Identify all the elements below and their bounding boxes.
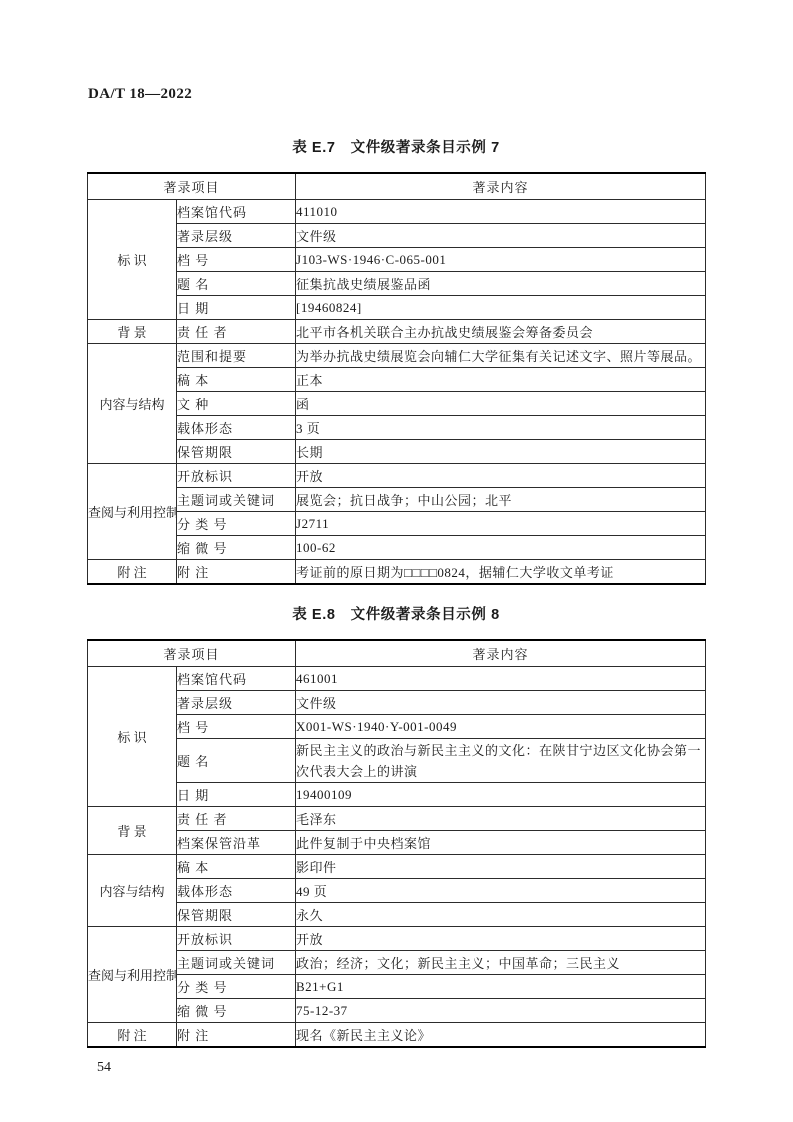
table-row: 内容与结构范围和提要为举办抗战史绩展览会向辅仁大学征集有关记述文字、照片等展品。 <box>88 344 706 368</box>
item-label-cell: 范围和提要 <box>177 344 296 368</box>
content-cell: 为举办抗战史绩展览会向辅仁大学征集有关记述文字、照片等展品。 <box>296 344 706 368</box>
item-label-cell: 附 注 <box>177 1023 296 1048</box>
group-label-cell: 查阅与利用控制 <box>88 464 177 560</box>
table-row: 缩 微 号75-12-37 <box>88 999 706 1023</box>
item-label-cell: 主题词或关键词 <box>177 951 296 975</box>
table-row: 标 识档案馆代码461001 <box>88 667 706 691</box>
content-cell: 49 页 <box>296 879 706 903</box>
table-title: 表 E.8 文件级著录条目示例 8 <box>87 603 705 624</box>
content-cell: J103-WS·1946·C-065-001 <box>296 248 706 272</box>
content-cell: 开放 <box>296 927 706 951</box>
content-cell: 北平市各机关联合主办抗战史绩展鉴会筹备委员会 <box>296 320 706 344</box>
item-label-cell: 保管期限 <box>177 440 296 464</box>
table-row: 稿 本正本 <box>88 368 706 392</box>
table-row: 著录层级文件级 <box>88 691 706 715</box>
group-label-cell: 附 注 <box>88 1023 177 1048</box>
content-cell: 长期 <box>296 440 706 464</box>
table-row: 题 名新民主主义的政治与新民主主义的文化：在陕甘宁边区文化协会第一次代表大会上的… <box>88 739 706 783</box>
content-cell: X001-WS·1940·Y-001-0049 <box>296 715 706 739</box>
content-cell: 文件级 <box>296 224 706 248</box>
content-cell: 政治；经济；文化；新民主主义；中国革命；三民主义 <box>296 951 706 975</box>
table-row: 附 注附 注考证前的原日期为□□□□0824，据辅仁大学收文单考证 <box>88 560 706 585</box>
content-cell: B21+G1 <box>296 975 706 999</box>
table-row: 标 识档案馆代码411010 <box>88 200 706 224</box>
table-row: 背 景责 任 者北平市各机关联合主办抗战史绩展鉴会筹备委员会 <box>88 320 706 344</box>
item-label-cell: 载体形态 <box>177 879 296 903</box>
group-label-cell: 背 景 <box>88 320 177 344</box>
item-label-cell: 缩 微 号 <box>177 536 296 560</box>
tables-container: 表 E.7 文件级著录条目示例 7著录项目著录内容标 识档案馆代码411010著… <box>87 136 705 1048</box>
item-label-cell: 稿 本 <box>177 855 296 879</box>
table-row: 分 类 号B21+G1 <box>88 975 706 999</box>
header-row: 著录项目著录内容 <box>88 640 706 667</box>
item-label-cell: 日 期 <box>177 783 296 807</box>
content-cell: 毛泽东 <box>296 807 706 831</box>
table-row: 保管期限长期 <box>88 440 706 464</box>
table-row: 查阅与利用控制开放标识开放 <box>88 927 706 951</box>
table-row: 缩 微 号100-62 <box>88 536 706 560</box>
item-label-cell: 题 名 <box>177 739 296 783</box>
item-label-cell: 档案馆代码 <box>177 667 296 691</box>
column-header-item: 著录项目 <box>88 640 296 667</box>
table-body: 标 识档案馆代码411010著录层级文件级档 号J103-WS·1946·C-0… <box>88 200 706 585</box>
group-label-cell: 背 景 <box>88 807 177 855</box>
content-cell: 考证前的原日期为□□□□0824，据辅仁大学收文单考证 <box>296 560 706 585</box>
table-row: 日 期19400109 <box>88 783 706 807</box>
content-cell: 现名《新民主主义论》 <box>296 1023 706 1048</box>
content-cell: 永久 <box>296 903 706 927</box>
content-cell: 文件级 <box>296 691 706 715</box>
table-title: 表 E.7 文件级著录条目示例 7 <box>87 136 705 157</box>
group-label-cell: 标 识 <box>88 667 177 807</box>
table-row: 分 类 号J2711 <box>88 512 706 536</box>
content-cell: 正本 <box>296 368 706 392</box>
table-row: 背 景责 任 者毛泽东 <box>88 807 706 831</box>
table-row: 著录层级文件级 <box>88 224 706 248</box>
table-row: 载体形态3 页 <box>88 416 706 440</box>
table-row: 内容与结构稿 本影印件 <box>88 855 706 879</box>
table-head: 著录项目著录内容 <box>88 173 706 200</box>
item-label-cell: 档案保管沿革 <box>177 831 296 855</box>
table-row: 附 注附 注现名《新民主主义论》 <box>88 1023 706 1048</box>
header-row: 著录项目著录内容 <box>88 173 706 200</box>
content-cell: 19400109 <box>296 783 706 807</box>
table-row: 文 种函 <box>88 392 706 416</box>
item-label-cell: 题 名 <box>177 272 296 296</box>
item-label-cell: 档案馆代码 <box>177 200 296 224</box>
record-table: 著录项目著录内容标 识档案馆代码411010著录层级文件级档 号J103-WS·… <box>87 172 706 585</box>
item-label-cell: 责 任 者 <box>177 320 296 344</box>
group-label-cell: 标 识 <box>88 200 177 320</box>
content-cell: 100-62 <box>296 536 706 560</box>
item-label-cell: 稿 本 <box>177 368 296 392</box>
item-label-cell: 分 类 号 <box>177 975 296 999</box>
group-label-cell: 内容与结构 <box>88 855 177 927</box>
item-label-cell: 日 期 <box>177 296 296 320</box>
content-cell: J2711 <box>296 512 706 536</box>
column-header-content: 著录内容 <box>296 640 706 667</box>
page-number: 54 <box>97 1060 705 1076</box>
group-label-cell: 内容与结构 <box>88 344 177 464</box>
item-label-cell: 档 号 <box>177 248 296 272</box>
item-label-cell: 文 种 <box>177 392 296 416</box>
group-label-cell: 查阅与利用控制 <box>88 927 177 1023</box>
table-head: 著录项目著录内容 <box>88 640 706 667</box>
item-label-cell: 主题词或关键词 <box>177 488 296 512</box>
item-label-cell: 缩 微 号 <box>177 999 296 1023</box>
item-label-cell: 著录层级 <box>177 224 296 248</box>
table-row: 档 号X001-WS·1940·Y-001-0049 <box>88 715 706 739</box>
item-label-cell: 分 类 号 <box>177 512 296 536</box>
item-label-cell: 载体形态 <box>177 416 296 440</box>
table-row: 保管期限永久 <box>88 903 706 927</box>
content-cell: 75-12-37 <box>296 999 706 1023</box>
item-label-cell: 责 任 者 <box>177 807 296 831</box>
standard-code: DA/T 18—2022 <box>88 86 192 103</box>
table-row: 载体形态49 页 <box>88 879 706 903</box>
group-label-cell: 附 注 <box>88 560 177 585</box>
content-cell: 函 <box>296 392 706 416</box>
table-row: 题 名征集抗战史绩展鉴品函 <box>88 272 706 296</box>
content-cell: 征集抗战史绩展鉴品函 <box>296 272 706 296</box>
item-label-cell: 附 注 <box>177 560 296 585</box>
table-row: 主题词或关键词展览会；抗日战争；中山公园；北平 <box>88 488 706 512</box>
item-label-cell: 档 号 <box>177 715 296 739</box>
page-content: 表 E.7 文件级著录条目示例 7著录项目著录内容标 识档案馆代码411010著… <box>87 136 705 1076</box>
content-cell: 新民主主义的政治与新民主主义的文化：在陕甘宁边区文化协会第一次代表大会上的讲演 <box>296 739 706 783</box>
content-cell: 3 页 <box>296 416 706 440</box>
column-header-item: 著录项目 <box>88 173 296 200</box>
content-cell: [19460824] <box>296 296 706 320</box>
table-row: 档案保管沿革此件复制于中央档案馆 <box>88 831 706 855</box>
table-row: 主题词或关键词政治；经济；文化；新民主主义；中国革命；三民主义 <box>88 951 706 975</box>
table-body: 标 识档案馆代码461001著录层级文件级档 号X001-WS·1940·Y-0… <box>88 667 706 1048</box>
item-label-cell: 开放标识 <box>177 927 296 951</box>
content-cell: 461001 <box>296 667 706 691</box>
table-row: 档 号J103-WS·1946·C-065-001 <box>88 248 706 272</box>
record-table: 著录项目著录内容标 识档案馆代码461001著录层级文件级档 号X001-WS·… <box>87 639 706 1048</box>
content-cell: 411010 <box>296 200 706 224</box>
content-cell: 开放 <box>296 464 706 488</box>
item-label-cell: 著录层级 <box>177 691 296 715</box>
table-row: 查阅与利用控制开放标识开放 <box>88 464 706 488</box>
item-label-cell: 开放标识 <box>177 464 296 488</box>
table-row: 日 期[19460824] <box>88 296 706 320</box>
content-cell: 影印件 <box>296 855 706 879</box>
column-header-content: 著录内容 <box>296 173 706 200</box>
content-cell: 此件复制于中央档案馆 <box>296 831 706 855</box>
item-label-cell: 保管期限 <box>177 903 296 927</box>
content-cell: 展览会；抗日战争；中山公园；北平 <box>296 488 706 512</box>
